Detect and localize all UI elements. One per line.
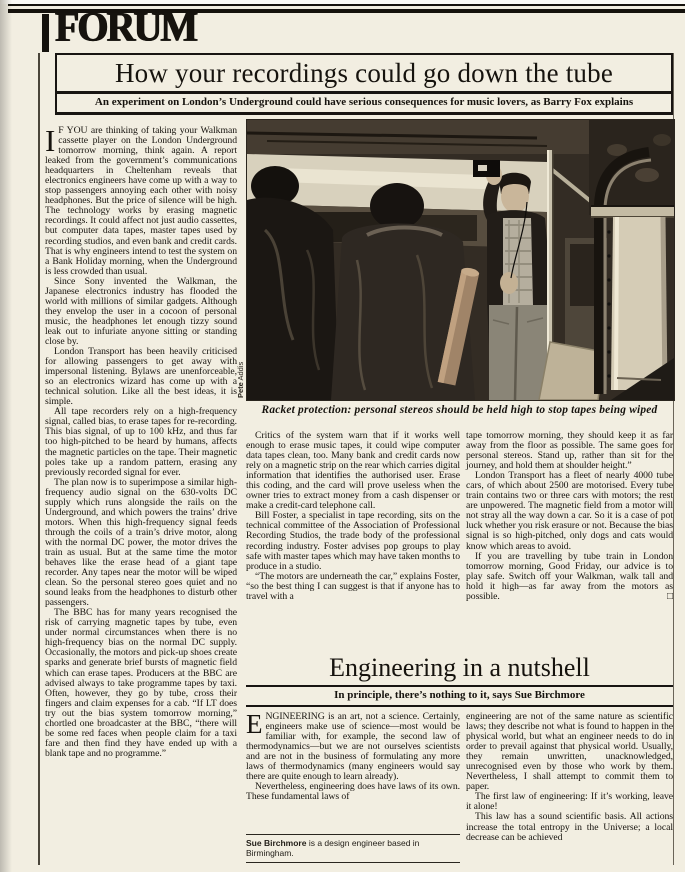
paragraph: ENGINEERING is an art, not a science. Ce… [246, 712, 460, 782]
photo-credit-rest: Addis [236, 362, 245, 382]
paragraph: London Transport has a fleet of nearly 4… [466, 471, 673, 551]
paragraph: The plan now is to superimpose a similar… [45, 478, 237, 609]
photo-credit: Pete Addis [236, 338, 245, 398]
article1-column-3: tape tomorrow morning, they should keep … [466, 431, 673, 602]
page-left-rule [38, 53, 40, 865]
article1-column-1: IF YOU are thinking of taking your Walkm… [45, 126, 237, 759]
end-of-article-mark: □ [658, 592, 673, 602]
tube-photo-illustration [247, 120, 674, 400]
masthead-bar [42, 14, 49, 52]
tube-photo [246, 119, 675, 401]
paragraph: IF YOU are thinking of taking your Walkm… [45, 126, 237, 277]
article1-column-2: Critics of the system warn that if it wo… [246, 431, 460, 602]
paragraph: The first law of engineering: If it’s wo… [466, 792, 673, 812]
paragraph: Critics of the system warn that if it wo… [246, 431, 460, 511]
paragraph: tape tomorrow morning, they should keep … [466, 431, 673, 471]
paragraph: London Transport has been heavily critic… [45, 347, 237, 407]
paragraph: engineering are not of the same nature a… [466, 712, 673, 792]
article2-title: Engineering in a nutshell [246, 653, 673, 683]
scan-edge-left [0, 0, 12, 872]
magazine-page: FORUM How your recordings could go down … [0, 0, 685, 872]
paragraph: Bill Foster, a specialist in tape record… [246, 511, 460, 571]
article2-header: Engineering in a nutshell In principle, … [246, 653, 673, 707]
photo-caption: Racket protection: personal stereos shou… [246, 404, 673, 416]
paragraph: Since Sony invented the Walkman, the Jap… [45, 277, 237, 347]
article1-title: How your recordings could go down the tu… [57, 55, 671, 91]
paragraph: This law has a sound scientific basis. A… [466, 812, 673, 842]
article2-standfirst: In principle, there’s nothing to it, say… [246, 685, 673, 707]
photo-credit-bold: Pete [236, 382, 245, 398]
drop-cap: I [45, 126, 58, 154]
author-footnote: Sue Birchmore is a design engineer based… [246, 834, 460, 863]
author-footnote-name: Sue Birchmore [246, 838, 306, 848]
article2-column-2: engineering are not of the same nature a… [466, 712, 673, 843]
article2-column-1: ENGINEERING is an art, not a science. Ce… [246, 712, 460, 802]
drop-cap: E [246, 712, 265, 736]
paragraph: All tape recorders rely on a high-freque… [45, 407, 237, 477]
paragraph: The BBC has for many years recognised th… [45, 608, 237, 759]
paragraph: If you are travelling by tube train in L… [466, 552, 673, 602]
article1-standfirst: An experiment on London’s Underground co… [57, 91, 671, 112]
article1-header: How your recordings could go down the tu… [55, 53, 673, 115]
masthead-title: FORUM [55, 6, 196, 50]
paragraph: Nevertheless, engineering does have laws… [246, 782, 460, 802]
paragraph: “The motors are underneath the car,” exp… [246, 572, 460, 602]
